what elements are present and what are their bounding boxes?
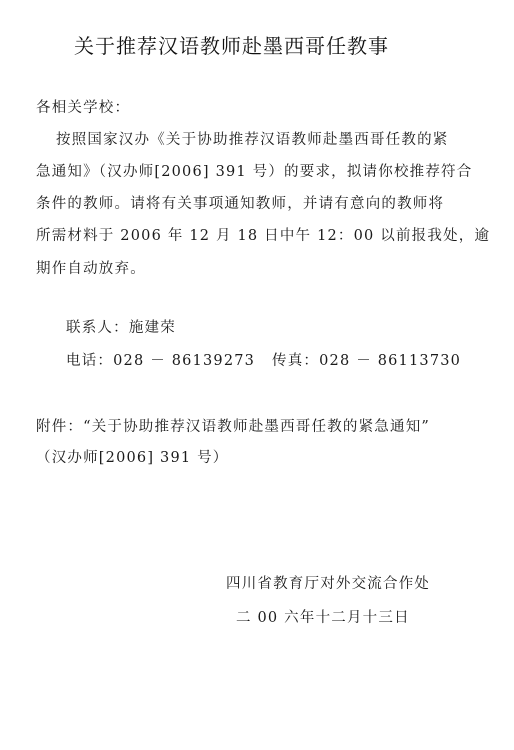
contact-person-name: 施建荣 xyxy=(129,320,176,336)
contact-person: 联系人：施建荣 xyxy=(66,316,176,337)
fax-number: 028 － 86113730 xyxy=(319,353,461,369)
contact-phone: 电话：028 － 86139273 xyxy=(66,349,255,370)
signature-organization: 四川省教育厅对外交流合作处 xyxy=(226,572,430,593)
fax-label: 传真： xyxy=(272,353,319,369)
attachment-line-2: （汉办师[2006] 391 号） xyxy=(36,446,229,467)
paragraph-line-1: 按照国家汉办《关于协助推荐汉语教师赴墨西哥任教的紧 xyxy=(56,128,449,149)
document-title: 关于推荐汉语教师赴墨西哥任教事 xyxy=(74,30,389,59)
paragraph-line-2: 急通知》（汉办师[2006] 391 号）的要求，拟请你校推荐符合 xyxy=(36,160,472,181)
paragraph-line-4: 所需材料于 2006 年 12 月 18 日中午 12：00 以前报我处，逾 xyxy=(36,224,490,245)
paragraph-line-5: 期作自动放弃。 xyxy=(36,257,146,278)
phone-label: 电话： xyxy=(66,353,113,369)
paragraph-line-3: 条件的教师。请将有关事项通知教师，并请有意向的教师将 xyxy=(36,192,444,213)
attachment-line-1: 附件：“关于协助推荐汉语教师赴墨西哥任教的紧急通知” xyxy=(36,415,430,436)
contact-fax: 传真：028 － 86113730 xyxy=(272,349,461,370)
signature-date: 二 00 六年十二月十三日 xyxy=(236,606,410,627)
contact-person-label: 联系人： xyxy=(66,320,129,336)
salutation: 各相关学校： xyxy=(36,96,130,117)
phone-number: 028 － 86139273 xyxy=(113,353,255,369)
